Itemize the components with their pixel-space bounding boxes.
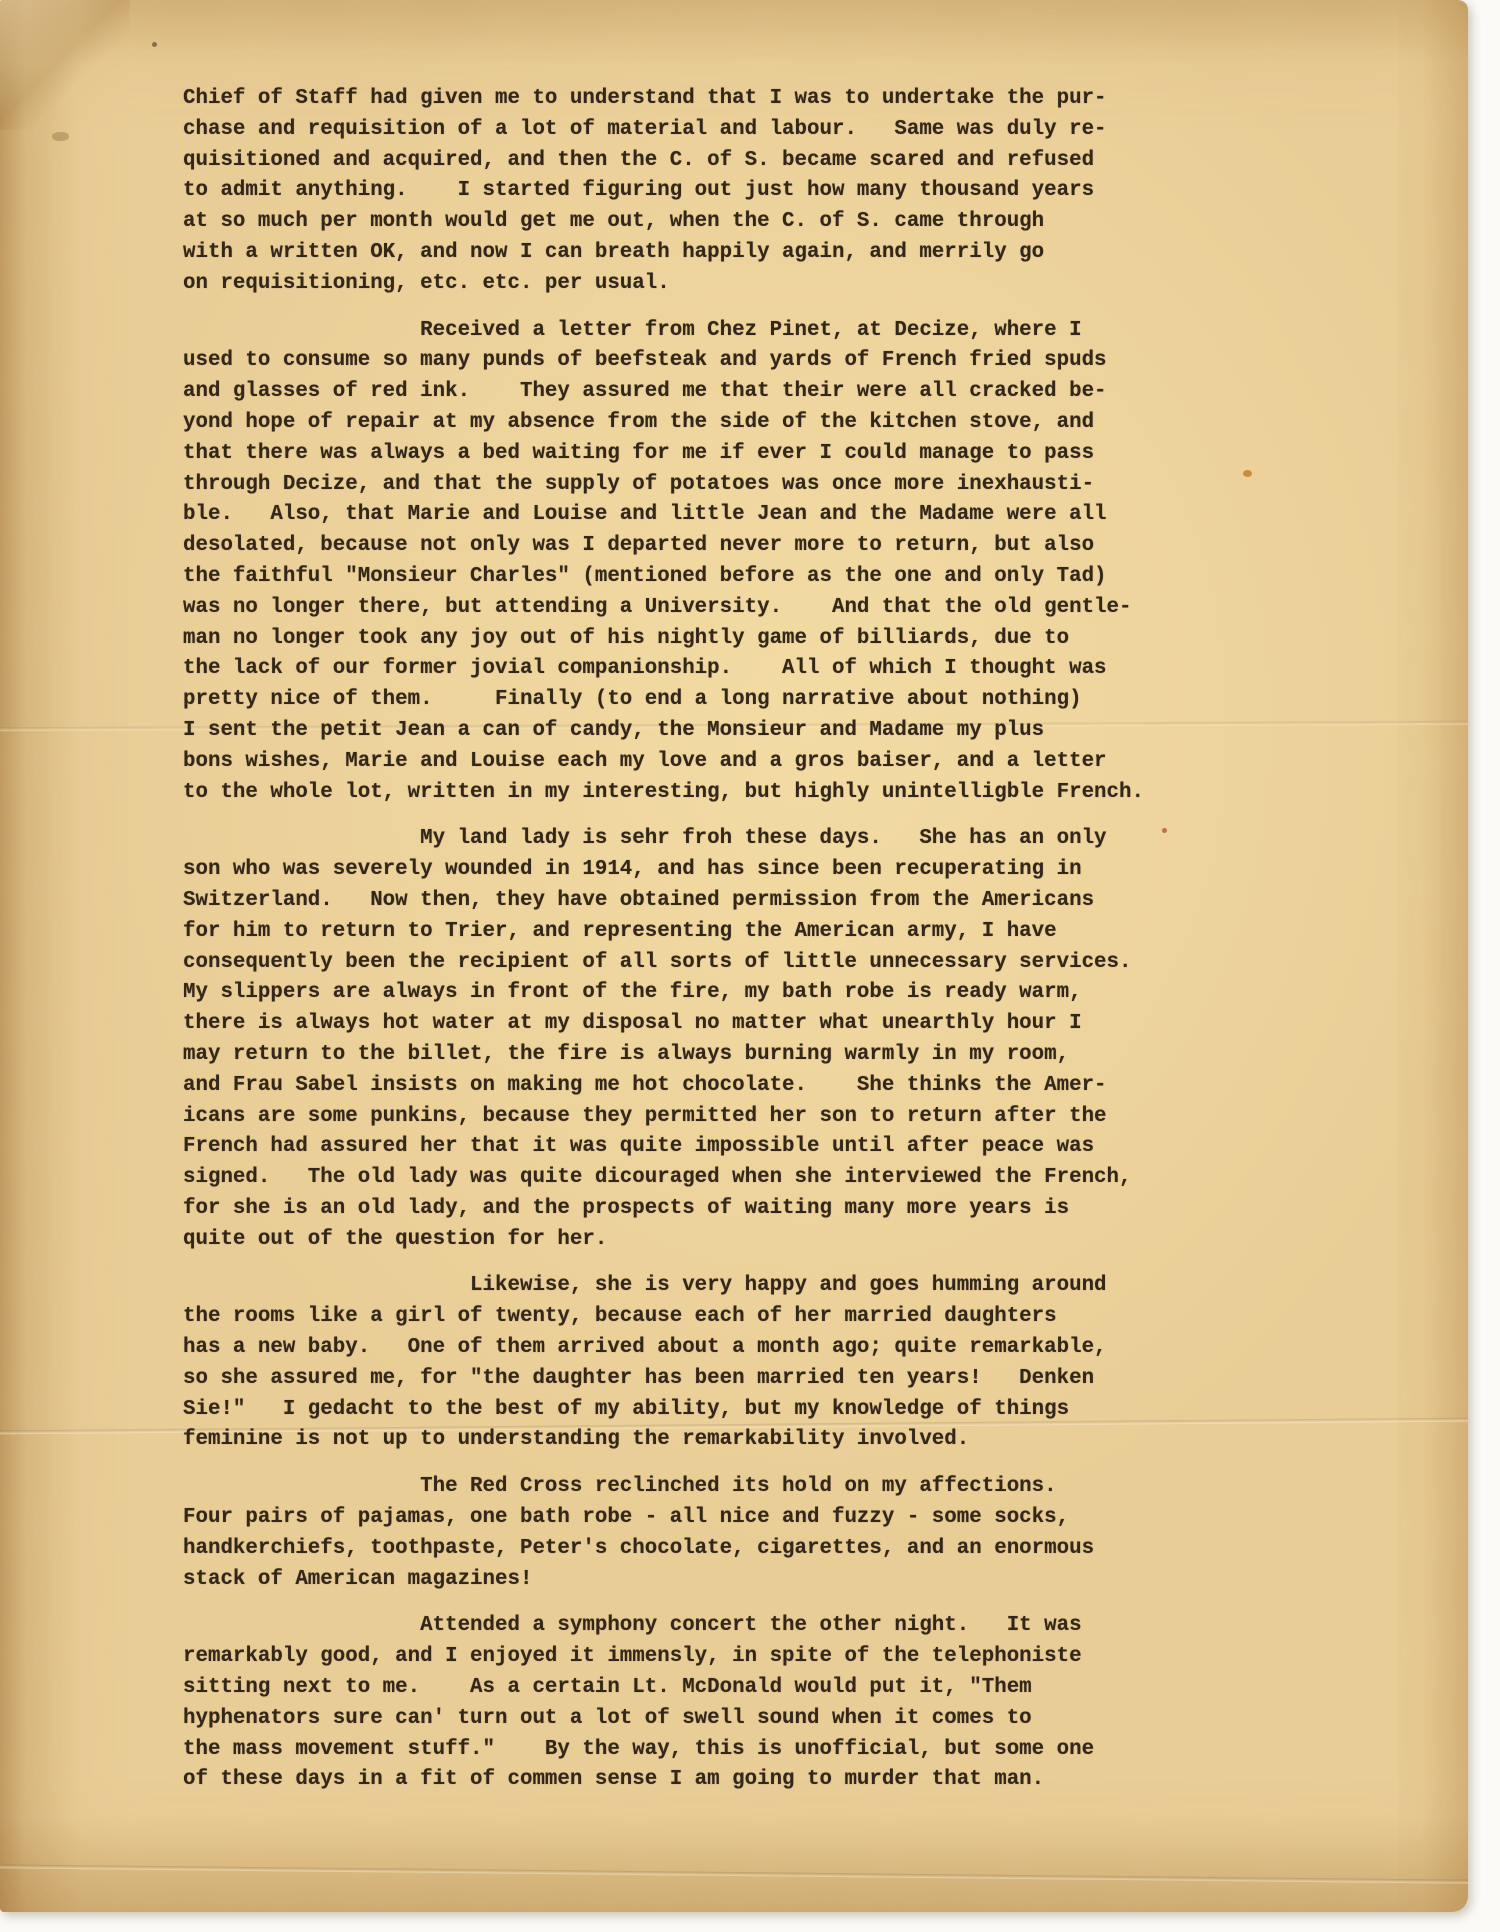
text-line: pretty nice of them. Finally (to end a l… — [183, 685, 1144, 716]
text-line: chase and requisition of a lot of materi… — [183, 115, 1144, 146]
text-line: remarkably good, and I enjoyed it immens… — [183, 1642, 1144, 1673]
text-line: so she assured me, for "the daughter has… — [183, 1364, 1144, 1395]
text-line: for him to return to Trier, and represen… — [183, 917, 1144, 948]
text-line: the lack of our former jovial companions… — [183, 654, 1144, 685]
paragraph: The Red Cross reclinched its hold on my … — [183, 1472, 1144, 1595]
text-line: to admit anything. I started figuring ou… — [183, 176, 1144, 207]
text-line: yond hope of repair at my absence from t… — [183, 408, 1144, 439]
letter-paper: Chief of Staff had given me to understan… — [0, 0, 1468, 1912]
text-line: Likewise, she is very happy and goes hum… — [183, 1271, 1144, 1302]
text-line: I sent the petit Jean a can of candy, th… — [183, 716, 1144, 747]
text-line: the rooms like a girl of twenty, because… — [183, 1302, 1144, 1333]
smudge-mark — [52, 132, 69, 141]
text-line: the mass movement stuff." By the way, th… — [183, 1735, 1144, 1766]
text-line: feminine is not up to understanding the … — [183, 1425, 1144, 1456]
ink-stain — [1162, 828, 1167, 833]
text-line: has a new baby. One of them arrived abou… — [183, 1333, 1144, 1364]
corner-fold — [0, 0, 130, 130]
text-line: My land lady is sehr froh these days. Sh… — [183, 824, 1144, 855]
text-line: quite out of the question for her. — [183, 1225, 1144, 1256]
text-line: Sie!" I gedacht to the best of my abilit… — [183, 1395, 1144, 1426]
text-line: quisitioned and acquired, and then the C… — [183, 146, 1144, 177]
text-line: son who was severely wounded in 1914, an… — [183, 855, 1144, 886]
paragraph: Received a letter from Chez Pinet, at De… — [183, 316, 1144, 809]
text-line: ble. Also, that Marie and Louise and lit… — [183, 500, 1144, 531]
text-line: Chief of Staff had given me to understan… — [183, 84, 1144, 115]
text-line: through Decize, and that the supply of p… — [183, 470, 1144, 501]
text-line: used to consume so many punds of beefste… — [183, 346, 1144, 377]
text-line: bons wishes, Marie and Louise each my lo… — [183, 747, 1144, 778]
text-line: handkerchiefs, toothpaste, Peter's choco… — [183, 1534, 1144, 1565]
text-line: The Red Cross reclinched its hold on my … — [183, 1472, 1144, 1503]
text-line: stack of American magazines! — [183, 1565, 1144, 1596]
text-line: may return to the billet, the fire is al… — [183, 1040, 1144, 1071]
text-line: Four pairs of pajamas, one bath robe - a… — [183, 1503, 1144, 1534]
ink-stain — [1243, 470, 1252, 477]
fold-crease — [0, 1864, 1468, 1883]
paragraph: Likewise, she is very happy and goes hum… — [183, 1271, 1144, 1456]
text-line: man no longer took any joy out of his ni… — [183, 624, 1144, 655]
text-line: there is always hot water at my disposal… — [183, 1009, 1144, 1040]
text-line: French had assured her that it was quite… — [183, 1132, 1144, 1163]
ink-dot — [152, 42, 157, 47]
text-line: icans are some punkins, because they per… — [183, 1102, 1144, 1133]
paragraph: Chief of Staff had given me to understan… — [183, 84, 1144, 300]
text-line: Received a letter from Chez Pinet, at De… — [183, 316, 1144, 347]
text-line: and glasses of red ink. They assured me … — [183, 377, 1144, 408]
text-line: Attended a symphony concert the other ni… — [183, 1611, 1144, 1642]
text-line: sitting next to me. As a certain Lt. McD… — [183, 1673, 1144, 1704]
text-line: was no longer there, but attending a Uni… — [183, 593, 1144, 624]
text-line: of these days in a fit of commen sense I… — [183, 1765, 1144, 1796]
text-line: hyphenators sure can' turn out a lot of … — [183, 1704, 1144, 1735]
text-line: with a written OK, and now I can breath … — [183, 238, 1144, 269]
text-line: desolated, because not only was I depart… — [183, 531, 1144, 562]
text-line: signed. The old lady was quite dicourage… — [183, 1163, 1144, 1194]
text-line: Switzerland. Now then, they have obtaine… — [183, 886, 1144, 917]
text-line: to the whole lot, written in my interest… — [183, 778, 1144, 809]
text-line: consequently been the recipient of all s… — [183, 948, 1144, 979]
paragraph: Attended a symphony concert the other ni… — [183, 1611, 1144, 1796]
letter-body: Chief of Staff had given me to understan… — [183, 84, 1144, 1796]
text-line: and Frau Sabel insists on making me hot … — [183, 1071, 1144, 1102]
text-line: for she is an old lady, and the prospect… — [183, 1194, 1144, 1225]
paragraph: My land lady is sehr froh these days. Sh… — [183, 824, 1144, 1255]
text-line: that there was always a bed waiting for … — [183, 439, 1144, 470]
text-line: the faithful "Monsieur Charles" (mention… — [183, 562, 1144, 593]
text-line: on requisitioning, etc. etc. per usual. — [183, 269, 1144, 300]
text-line: at so much per month would get me out, w… — [183, 207, 1144, 238]
text-line: My slippers are always in front of the f… — [183, 978, 1144, 1009]
